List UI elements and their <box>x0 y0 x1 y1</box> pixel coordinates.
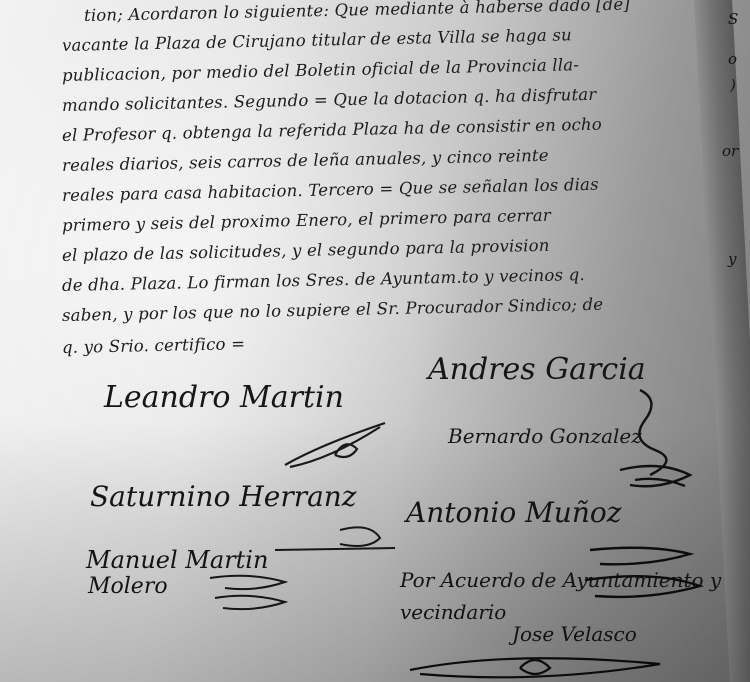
signature-leandro-martin: Leandro Martin <box>104 380 344 415</box>
rubric-flourish-icon <box>600 380 710 500</box>
rubric-flourish-icon <box>270 520 400 560</box>
body-line-11: saben, y por los que no lo supiere el Sr… <box>62 295 604 325</box>
margin-note-5: y <box>728 250 736 268</box>
rubric-flourish-icon <box>205 570 295 620</box>
body-line-7: reales para casa habitacion. Tercero = Q… <box>62 175 599 205</box>
document-scan: tion; Acordaron lo siguiente: Que median… <box>0 0 750 682</box>
body-line-2: vacante la Plaza de Cirujano titular de … <box>62 25 572 55</box>
body-line-12: q. yo Srio. certifico = <box>62 334 246 357</box>
signature-saturnino-herranz: Saturnino Herranz <box>90 480 357 513</box>
rubric-flourish-icon <box>400 640 680 682</box>
body-line-9: el plazo de las solicitudes, y el segund… <box>62 236 550 265</box>
signature-molero: Molero <box>88 574 168 599</box>
body-line-1: tion; Acordaron lo siguiente: Que median… <box>84 0 630 25</box>
body-line-3: publicacion, por medio del Boletin ofici… <box>62 55 579 85</box>
rubric-flourish-icon <box>580 540 710 610</box>
rubric-flourish-icon <box>280 415 390 475</box>
body-line-5: el Profesor q. obtenga la referida Plaza… <box>62 115 602 145</box>
body-line-10: de dha. Plaza. Lo firman los Sres. de Ay… <box>62 265 585 295</box>
body-line-8: primero y seis del proximo Enero, el pri… <box>62 206 551 235</box>
signature-vecindario: vecindario <box>400 600 506 624</box>
body-line-4: mando solicitantes. Segundo = Que la dot… <box>62 85 597 115</box>
signature-antonio-munoz: Antonio Muñoz <box>406 496 621 529</box>
margin-note-4: ) <box>730 76 736 94</box>
margin-note-2: o <box>728 50 737 68</box>
margin-note-3: or <box>722 142 738 160</box>
margin-note-1: S <box>728 10 738 28</box>
body-line-6: reales diarios, seis carros de leña anua… <box>62 146 549 175</box>
